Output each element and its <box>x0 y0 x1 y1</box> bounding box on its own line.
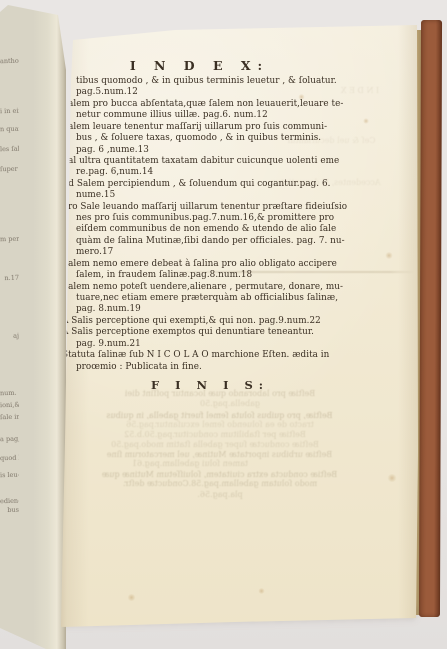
index-title: I N D E X: <box>62 58 330 73</box>
index-entry-line: Statuta ſalinæ ſub N I C O L A O marchio… <box>62 350 344 361</box>
previous-page-text-fragment: n quarum <box>0 126 19 133</box>
showthrough-line: Beſtiæ urbibus inportatæ Mutinæ, uel mer… <box>62 450 377 459</box>
showthrough-line: Beſtiæ, pro quibus ſoluta ſemel fuerit g… <box>62 411 377 420</box>
index-entry-line: pag. 6 ,nume.13 <box>62 145 344 156</box>
showthrough-line: tracto de ea ſoluendo ſemel excuſantur.p… <box>80 420 360 429</box>
index-entry-line: pag. 8.num.19 <box>62 304 344 315</box>
index-entry-line: tibus quomodo , & in quibus terminis leu… <box>62 76 344 87</box>
showthrough-line: pla.pag.56. <box>160 490 280 499</box>
previous-page-text-fragment: m peri- <box>0 236 19 243</box>
previous-page-text-fragment: anthos in <box>0 58 19 65</box>
index-entry-line: pag.5.num.12 <box>62 87 344 98</box>
index-entry-line: eiſdem communibus de non emendo & utendo… <box>62 224 344 235</box>
previous-page-text-fragment: a pag,3 <box>0 436 19 443</box>
index-entry-line: proœmio : Publicata in fine. <box>62 362 344 373</box>
index-entry-line: nume.15 <box>62 190 344 201</box>
showthrough-line: gabella.pag.50 <box>150 399 310 408</box>
foxing-spot <box>127 594 136 601</box>
index-entry-line: ſalem, in fraudem ſalinæ.pag.8.num.18 <box>62 270 344 281</box>
index-entry-line: Pro Sale leuando maſſarij uillarum tenen… <box>62 202 344 213</box>
previous-page-text-fragment: i in eiſ <box>0 108 19 115</box>
index-entry-line: tuare,nec etiam emere præterquàm ab offi… <box>62 293 344 304</box>
previous-page-text-fragment: n.17 <box>0 275 19 282</box>
index-entry-line: netur commune illius uillæ. pag.6. num.1… <box>62 110 344 121</box>
index-entry-line: Salem nemo emere debeat à ſalina pro ali… <box>62 259 344 270</box>
showthrough-line: modo ſolutam gabellam.pag.58.Conductæ de… <box>75 479 365 488</box>
book-cover-edge <box>419 20 442 617</box>
showthrough-line: tamen ſolui gabellam.pag.61 <box>75 459 305 468</box>
previous-page-text-fragment: edien- <box>0 498 19 505</box>
index-entry-line: Ad Salem percipiendum , & ſoluendum qui … <box>62 179 344 190</box>
finis-label: F I N I S: <box>62 378 352 392</box>
previous-page-text-fragment: is leu- <box>0 472 19 479</box>
index-entry-line: A Salis perceptione qui exempti,& qui no… <box>62 316 344 327</box>
foxing-spot <box>385 252 393 259</box>
previous-page-text-fragment: aj <box>0 333 19 340</box>
previous-page-text-fragment: les ſalinæ <box>0 146 19 153</box>
showthrough-line: Beſtiæ per ſtabilitum conducitur.pag.50.… <box>85 430 345 439</box>
index-entry-line: Salem leuare tenentur maſſarij uillarum … <box>62 122 344 133</box>
previous-page-text-fragment: bus <box>0 507 19 514</box>
foxing-spot <box>363 118 369 124</box>
index-entry-line: nes pro ſuis communibus.pag.7.num.16,& p… <box>62 213 344 224</box>
index-entry-line: re.pag. 6,num.14 <box>62 167 344 178</box>
foxing-spot <box>387 474 397 482</box>
index-page: I N D E XCeſ & uel decurianturAccedentes… <box>55 22 420 628</box>
index-entry-list: tibus quomodo , & in quibus terminis leu… <box>62 76 344 373</box>
previous-page-sliver: anthos ini in eiſn quarumles ſalinæſuper… <box>0 0 66 649</box>
previous-page-text-fragment: ſale in <box>0 414 19 421</box>
index-entry-line: mero.17 <box>62 247 344 258</box>
previous-page-text-fragment: quod l <box>0 455 19 462</box>
previous-page-text-fragment: num. : <box>0 390 19 397</box>
index-entry-line: Salem nemo poteſt uendere,alienare , per… <box>62 282 344 293</box>
index-entry-line: Sal ultra quantitatem taxatam dabitur cu… <box>62 156 344 167</box>
foxing-spot <box>258 588 265 594</box>
previous-page-text-fragment: ſuper n- <box>0 166 19 173</box>
previous-page-text-fragment: ioni,& <box>0 402 19 409</box>
index-entry-line: quàm de ſalina Mutinæ,ſibi dando per off… <box>62 236 344 247</box>
showthrough-line: Beſtiæ conducta extra ciuitatem, ſoluiſſ… <box>62 470 377 479</box>
showthrough-line: Beſtiæ conductæ ſuper gabella ſtatim mod… <box>80 440 350 449</box>
index-entry-line: bus , & ſoluere taxas, quomodo , & in qu… <box>62 133 344 144</box>
book-photo-scene: anthos ini in eiſn quarumles ſalinæſuper… <box>0 0 447 649</box>
index-entry-line: A Salis perceptione exemptos qui denunti… <box>62 327 344 338</box>
index-entry-line: pag. 9.num.21 <box>62 339 344 350</box>
index-entry-line: Salem pro bucca abſentata,quæ ſalem non … <box>62 99 344 110</box>
